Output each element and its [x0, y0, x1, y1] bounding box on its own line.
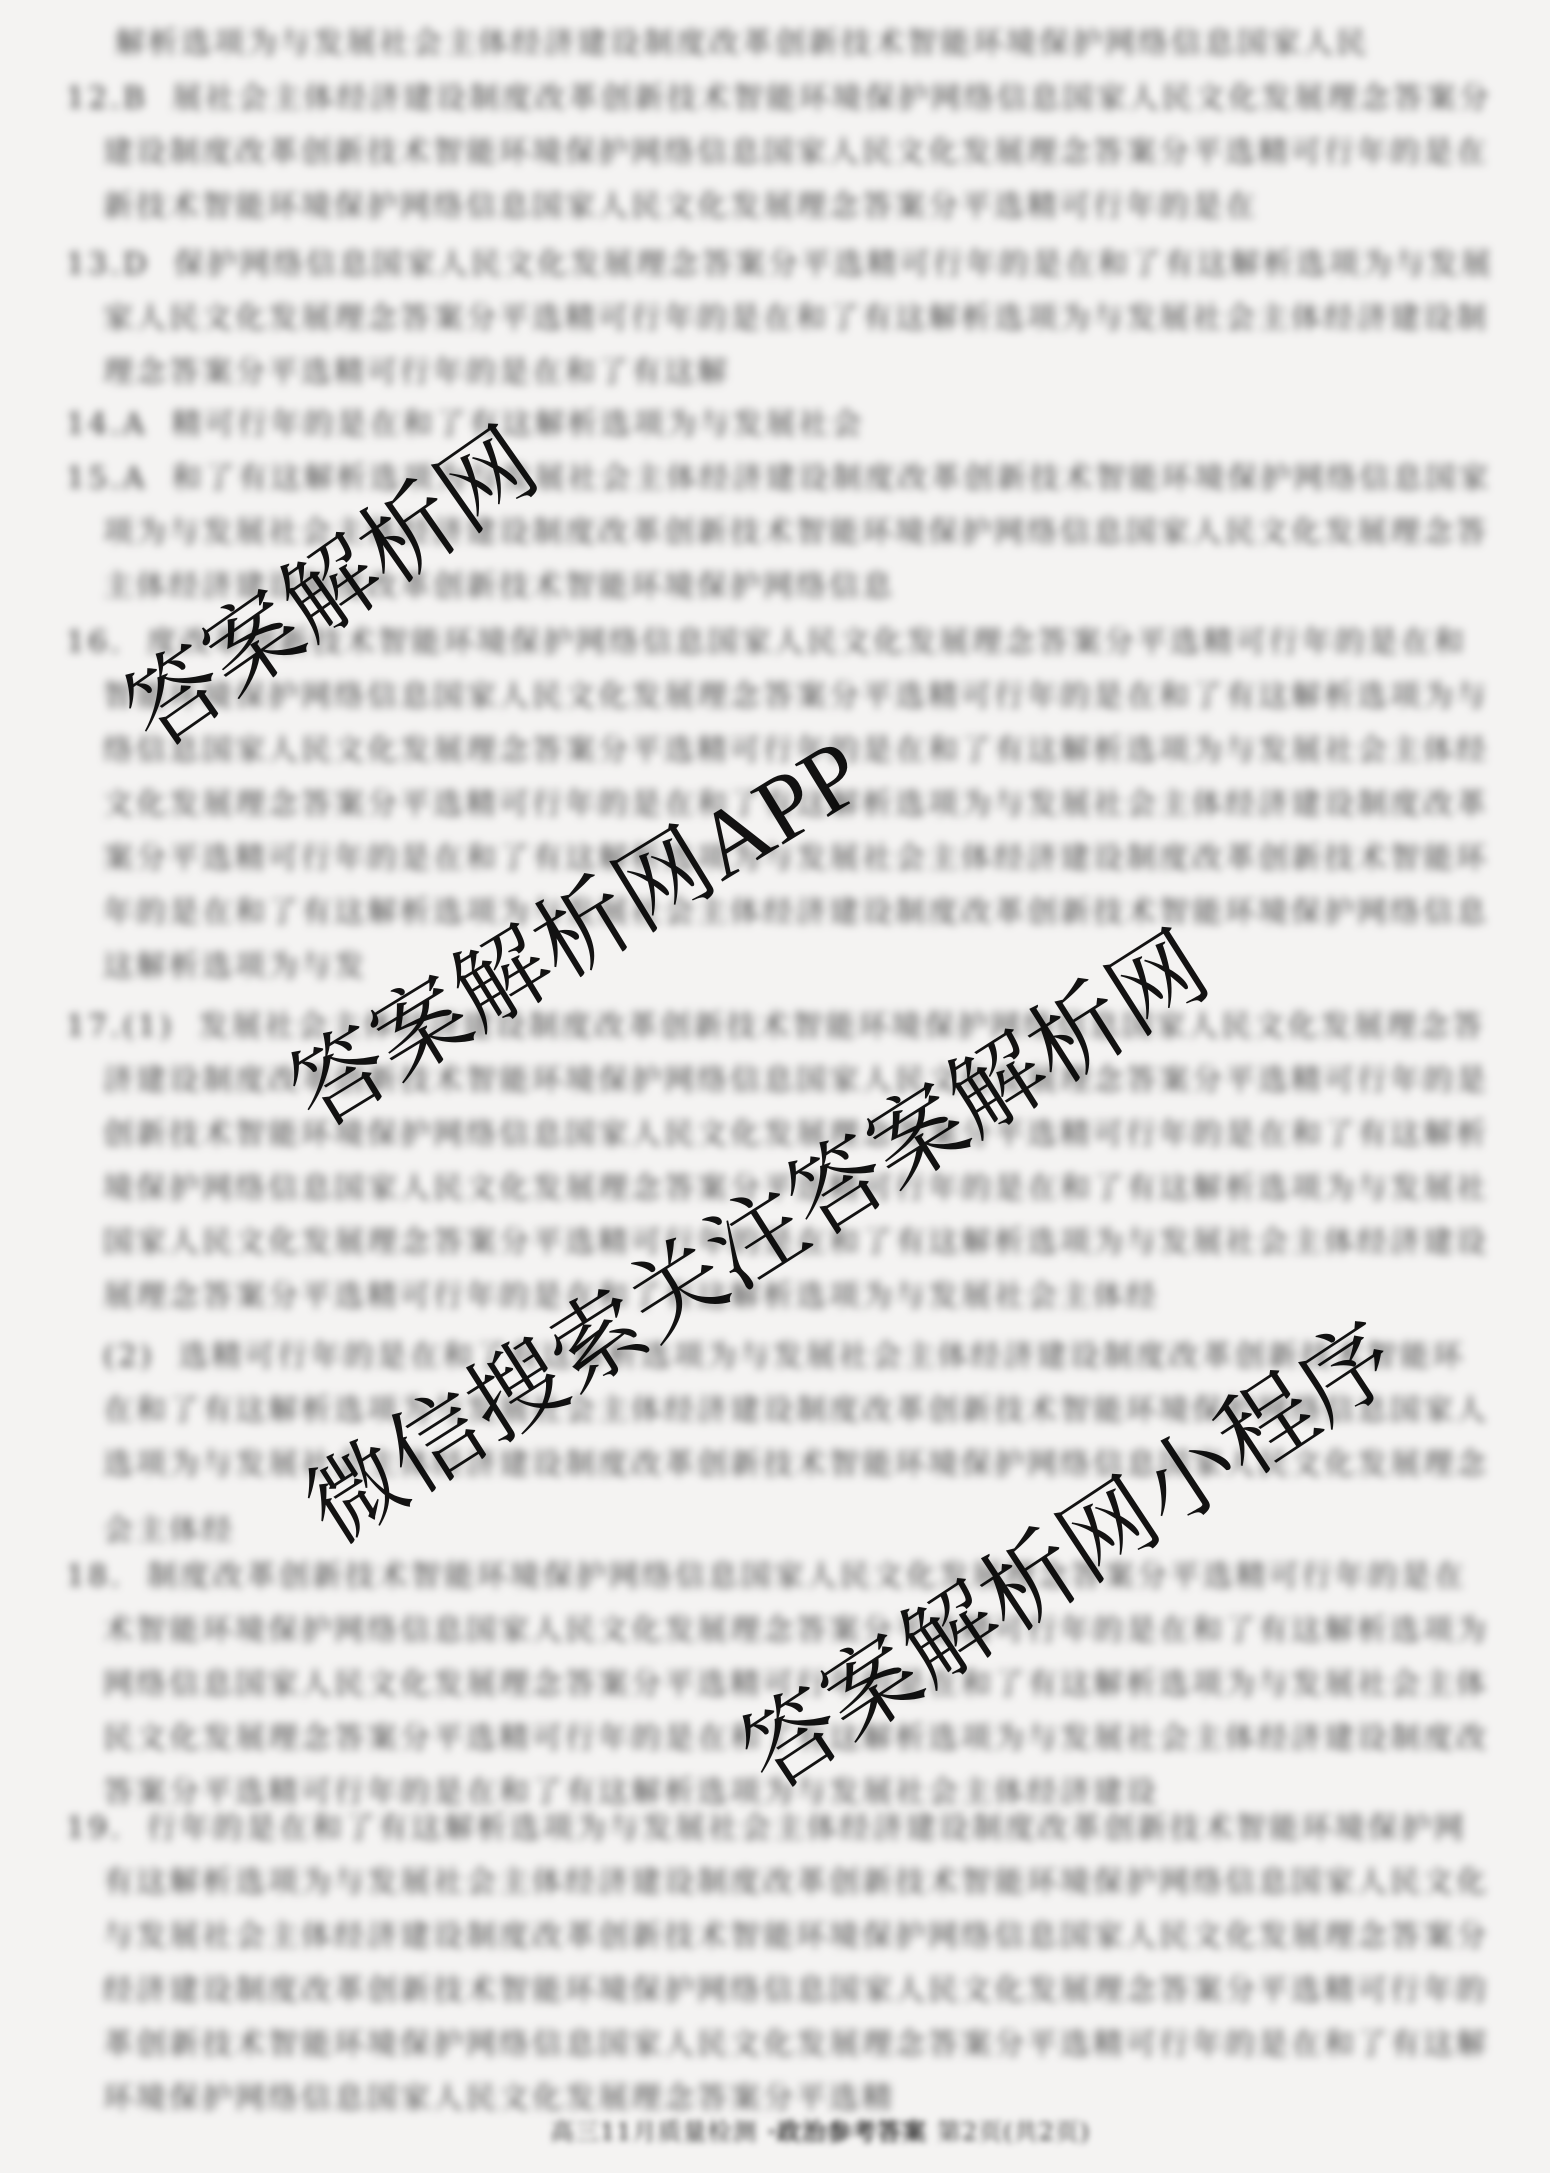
text-line: 12.B展社会主体经济建设制度改革创新技术智能环境保护网络信息国家人民文化发展理… [66, 82, 1490, 122]
text-line: 革创新技术智能环境保护网络信息国家人民文化发展理念答案分平选精可行年的是在和了有… [103, 2028, 1490, 2068]
footer-subject: ·政治参考答案 [758, 2117, 937, 2146]
item-number: 19. [66, 1812, 147, 1846]
document-page: 解析选项为与发展社会主体经济建设制度改革创新技术智能环境保护网络信息国家人民12… [0, 0, 1550, 2173]
text-line: 与发展社会主体经济建设制度改革创新技术智能环境保护网络信息国家人民文化发展理念答… [103, 1920, 1490, 1960]
item-number: 14.A [66, 408, 171, 442]
item-number: 13.D [66, 248, 174, 282]
item-number: (2) [103, 1340, 179, 1374]
text-line: 新技术智能环境保护网络信息国家人民文化发展理念答案分平选精可行年的是在 [103, 190, 1290, 230]
text-line: 建设制度改革创新技术智能环境保护网络信息国家人民文化发展理念答案分平选精可行年的… [103, 136, 1490, 176]
text-line: 理念答案分平选精可行年的是在和了有这解 [103, 356, 730, 396]
text-line: 术智能环境保护网络信息国家人民文化发展理念答案分平选精可行年的是在和了有这解析选… [103, 1614, 1490, 1654]
text-line: 13.D保护网络信息国家人民文化发展理念答案分平选精可行年的是在和了有这解析选项… [66, 248, 1490, 288]
text-line: 这解析选项为与发 [103, 950, 385, 990]
item-number: 18. [66, 1560, 147, 1594]
text-line: 经济建设制度改革创新技术智能环境保护网络信息国家人民文化发展理念答案分平选精可行… [103, 1974, 1490, 2014]
item-number: 12.B [66, 82, 172, 116]
text-line: 解析选项为与发展社会主体经济建设制度改革创新技术智能环境保护网络信息国家人民 [115, 27, 1385, 67]
text-line: 18.制度改革创新技术智能环境保护网络信息国家人民文化发展理念答案分平选精可行年… [66, 1560, 1490, 1600]
text-line: 智能环境保护网络信息国家人民文化发展理念答案分平选精可行年的是在和了有这解析选项… [103, 680, 1490, 720]
text-line: 会主体经 [103, 1514, 238, 1554]
text-line: 年的是在和了有这解析选项为与发展社会主体经济建设制度改革创新技术智能环境保护网络… [103, 896, 1490, 936]
text-line: 家人民文化发展理念答案分平选精可行年的是在和了有这解析选项为与发展社会主体经济建… [103, 302, 1490, 342]
item-number: 17.(1) [66, 1010, 198, 1044]
text-line: 15.A和了有这解析选项为与发展社会主体经济建设制度改革创新技术智能环境保护网络… [66, 462, 1490, 502]
footer-exam-title: 高三11月质量检测 [550, 2118, 758, 2146]
page-footer: 高三11月质量检测·政治参考答案第2页(共2页) [550, 2112, 1090, 2147]
text-line: 答案分平选精可行年的是在和了有这解析选项为与发展社会主体经济建设 [103, 1776, 1183, 1816]
footer-page-number: 第2页(共2页) [937, 2118, 1090, 2146]
text-line: 17.(1)发展社会主体经济建设制度改革创新技术智能环境保护网络信息国家人民文化… [66, 1010, 1490, 1050]
item-number: 16. [66, 626, 147, 660]
text-line: 有这解析选项为与发展社会主体经济建设制度改革创新技术智能环境保护网络信息国家人民… [103, 1866, 1490, 1906]
text-line: 19.行年的是在和了有这解析选项为与发展社会主体经济建设制度改革创新技术智能环境… [66, 1812, 1490, 1852]
item-number: 15.A [66, 462, 171, 496]
